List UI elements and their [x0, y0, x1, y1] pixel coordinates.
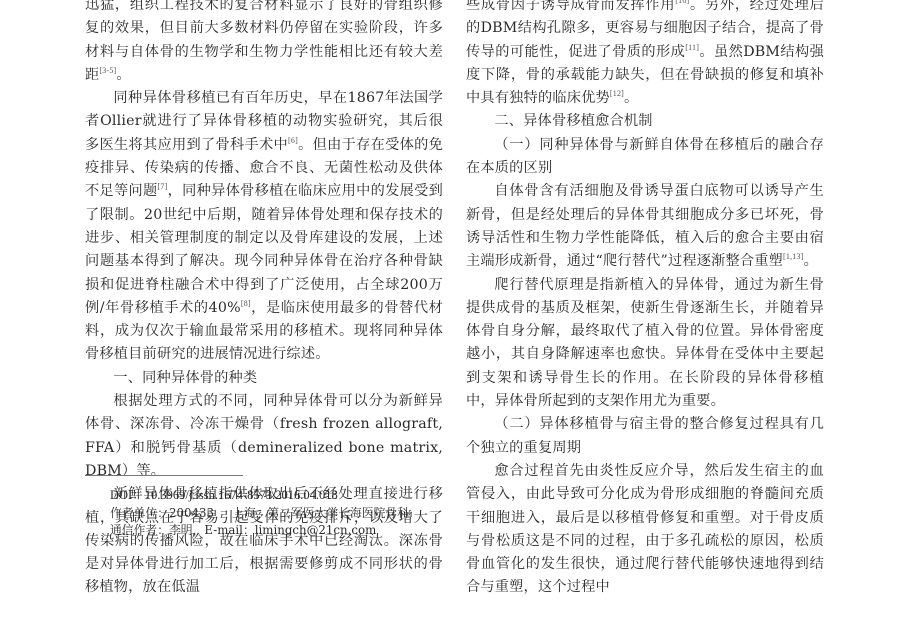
- paragraph-text: ，同种异体骨移植在临床应用中的发展受到了限制。20世纪中后期，随着异体骨处理和保…: [85, 183, 443, 315]
- citation[interactable]: [8]: [241, 299, 251, 308]
- paragraph-dbm: 些成骨因子诱导成骨而发挥作用[10]。另外，经过处理后的DBM结构孔隙多，更容易…: [466, 0, 824, 110]
- paragraph-text: 。: [804, 253, 818, 269]
- citation[interactable]: [11]: [685, 43, 699, 52]
- citation[interactable]: [10]: [675, 0, 689, 5]
- citation[interactable]: [7]: [158, 182, 168, 191]
- citation[interactable]: [12]: [610, 89, 624, 98]
- journal-page: 迅猛，组织工程技术的复合材料显示了良好的骨组织修复的效果，但目前大多数材料仍停留…: [0, 0, 900, 630]
- paragraph-text: 。: [624, 90, 638, 106]
- affiliation-label: 作者单位：200433: [110, 506, 214, 520]
- subsection-heading-2-2: （二）异体移植骨与宿主骨的整合修复过程具有几个独立的重复周期: [466, 413, 824, 460]
- paragraph-history: 同种异体骨移植已有百年历史，早在1867年法国学者Ollier就进行了异体骨移植…: [85, 87, 443, 367]
- paragraph-text: 迅猛，组织工程技术的复合材料显示了良好的骨组织修复的效果，但目前大多数材料仍停留…: [85, 0, 443, 83]
- section-heading-2: 二、异体骨移植愈合机制: [466, 110, 824, 133]
- citation[interactable]: [1,13]: [783, 252, 804, 261]
- correspondence-line[interactable]: 通信作者：李明，E-mail：limingch@21cn.com: [110, 522, 409, 540]
- footnotes: DOI：10.3969/j.issn.1674-8573.2016.04.018…: [110, 487, 409, 540]
- paragraph-autograft-vs-allograft: 自体骨含有活细胞及骨诱导蛋白底物可以诱导产生新骨，但是经处理后的异体骨其细胞成分…: [466, 180, 824, 273]
- subsection-heading-2-1: （一）同种异体骨与新鲜自体骨在移植后的融合存在本质的区别: [466, 134, 824, 181]
- paragraph-text: 。: [116, 67, 130, 83]
- doi-line[interactable]: DOI：10.3969/j.issn.1674-8573.2016.04.018: [110, 487, 409, 505]
- paragraph-text: 自体骨含有活细胞及骨诱导蛋白底物可以诱导产生新骨，但是经处理后的异体骨其细胞成分…: [466, 183, 824, 269]
- affiliation-place: 上海，第二军医大学长海医院骨科: [232, 506, 409, 520]
- right-column: 些成骨因子诱导成骨而发挥作用[10]。另外，经过处理后的DBM结构孔隙多，更容易…: [466, 0, 824, 600]
- paragraph-continued: 迅猛，组织工程技术的复合材料显示了良好的骨组织修复的效果，但目前大多数材料仍停留…: [85, 0, 443, 87]
- paragraph-healing-process: 愈合过程首先由炎性反应介导，然后发生宿主的血管侵入，由此导致可分化成为骨形成细胞…: [466, 460, 824, 600]
- paragraph-creeping-substitution: 爬行替代原理是指新植入的异体骨，通过为新生骨提供成骨的基质及框架，使新生骨逐渐生…: [466, 274, 824, 414]
- citation[interactable]: [3-5]: [99, 66, 116, 75]
- footnote-divider: [85, 475, 243, 476]
- paragraph-text: 些成骨因子诱导成骨而发挥作用: [466, 0, 675, 13]
- affiliation-line: 作者单位：200433上海，第二军医大学长海医院骨科: [110, 505, 409, 523]
- paragraph-types: 根据处理方式的不同，同种异体骨可以分为新鲜异体骨、深冻骨、冷冻干燥骨（fresh…: [85, 390, 443, 483]
- section-heading-1: 一、同种异体骨的种类: [85, 367, 443, 390]
- citation[interactable]: [6]: [288, 136, 298, 145]
